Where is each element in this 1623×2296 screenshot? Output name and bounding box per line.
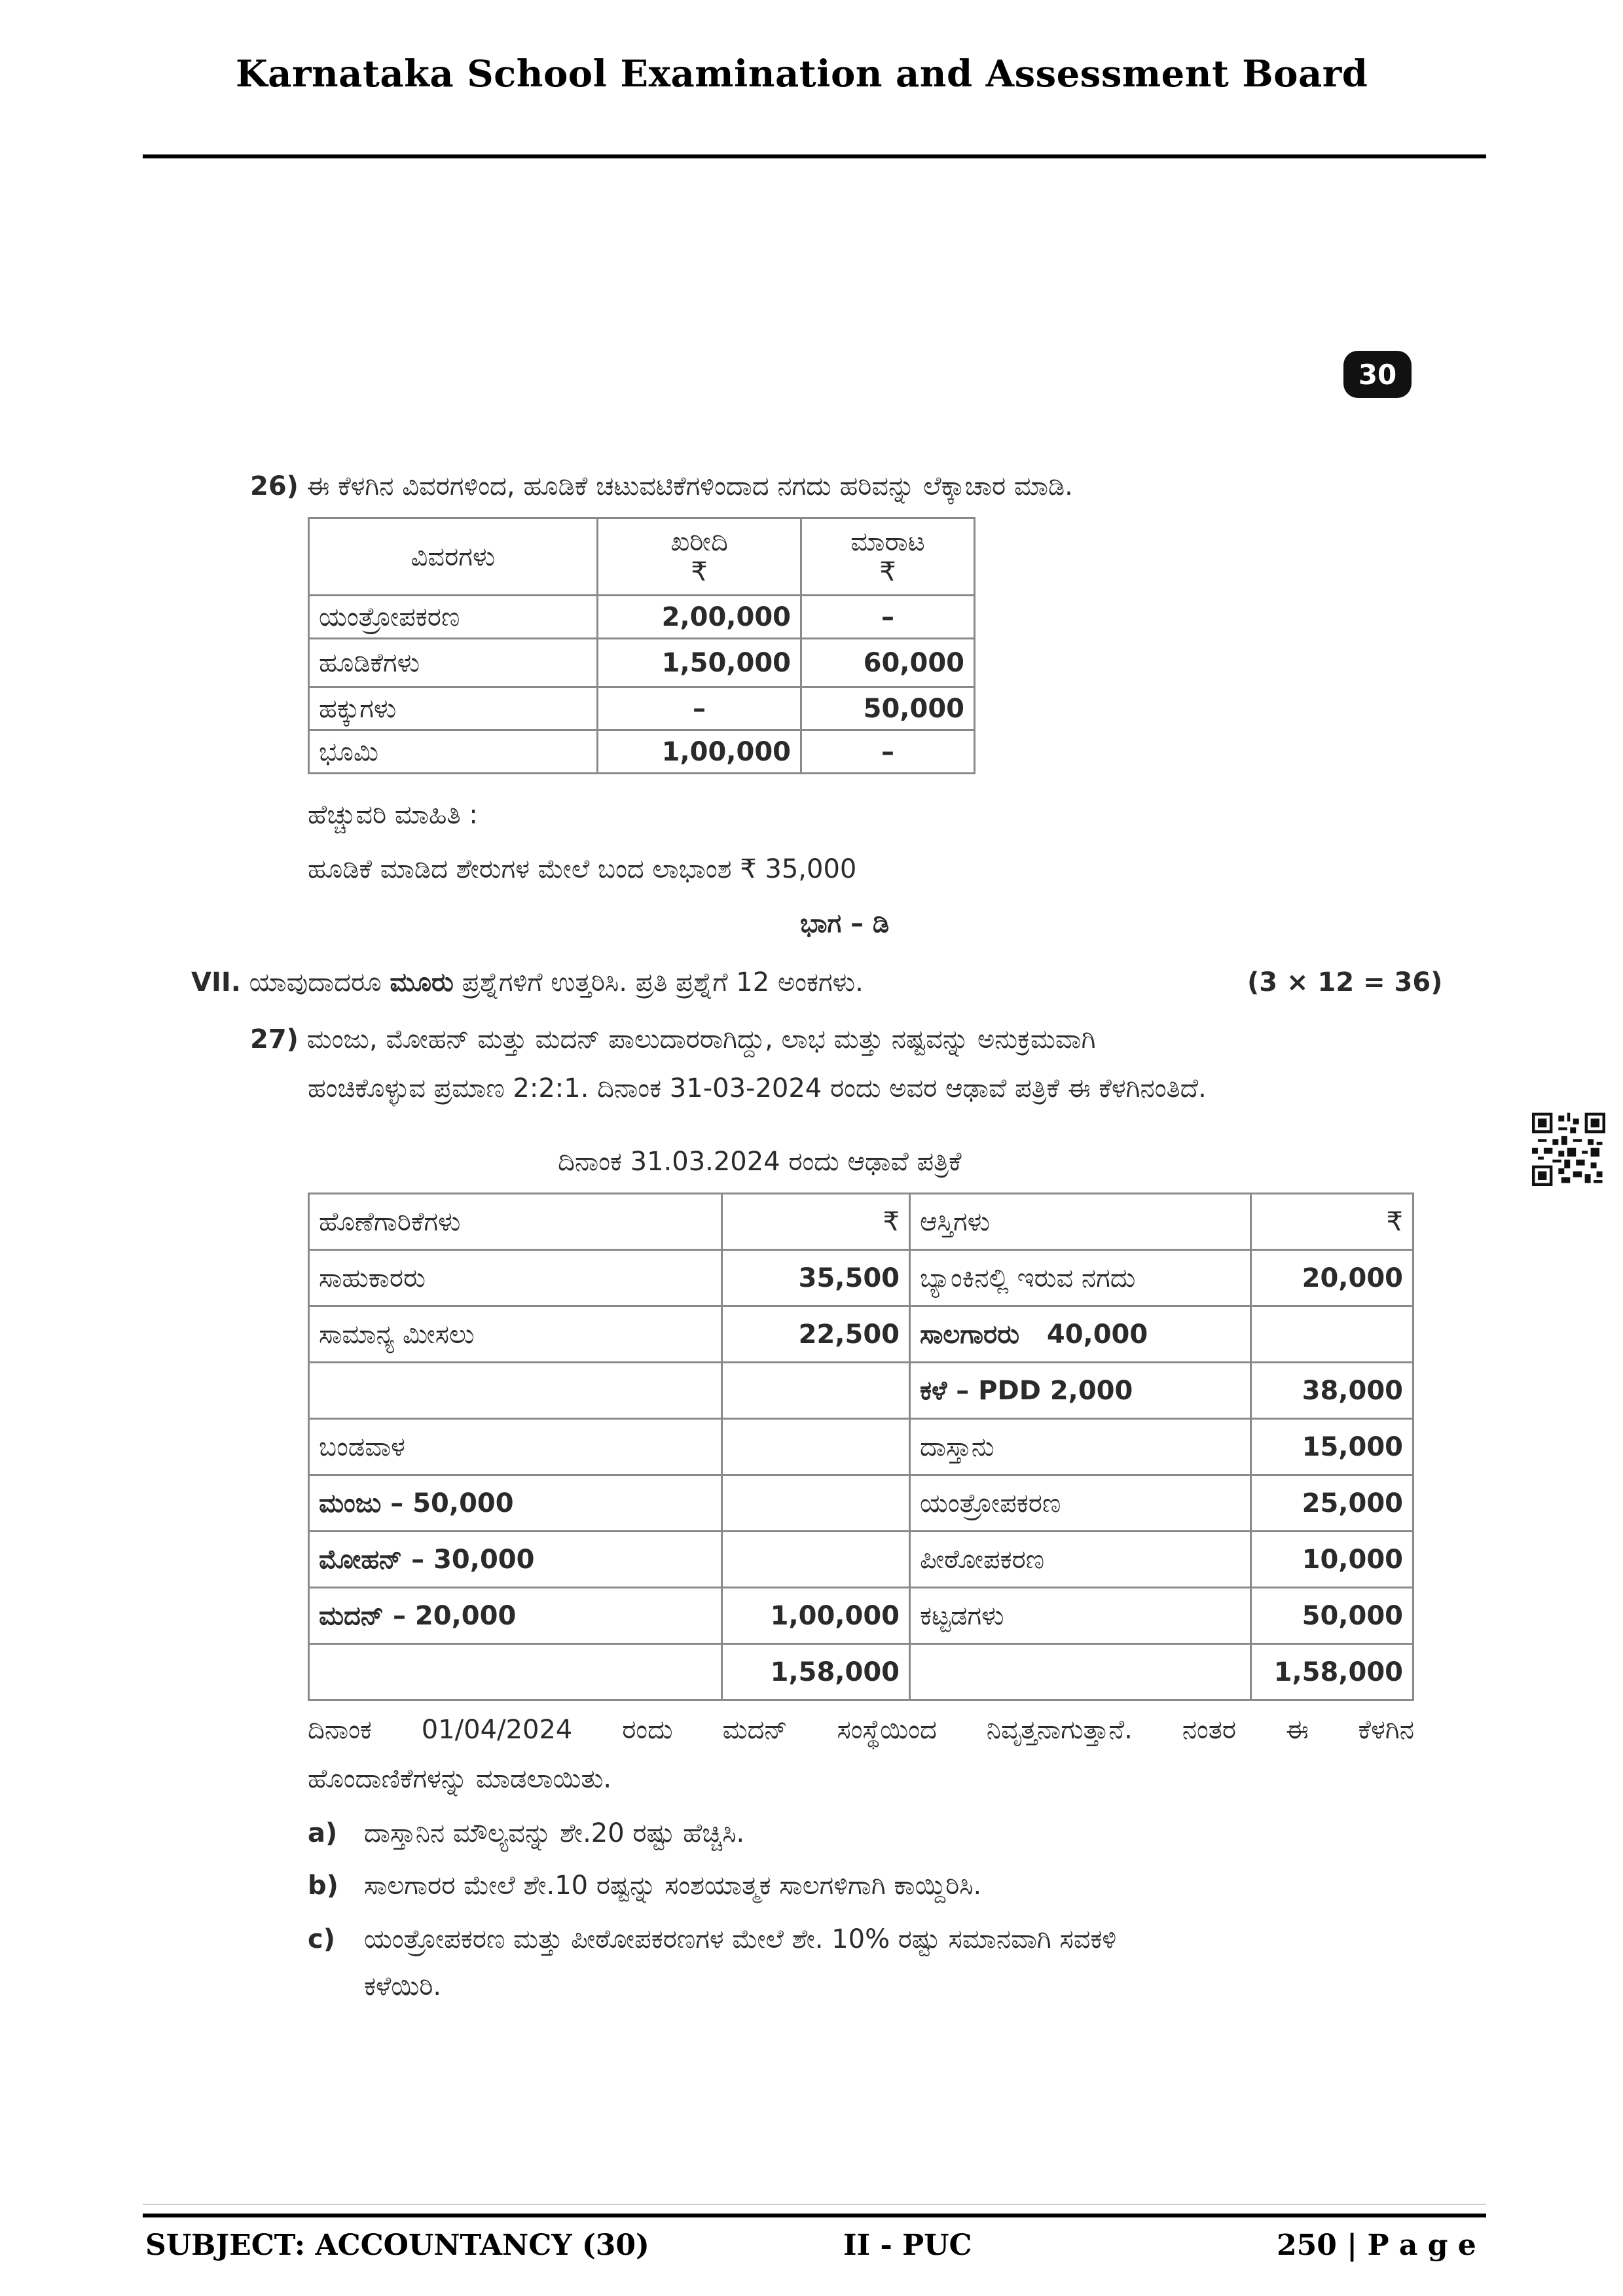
adjustment-b: b)ಸಾಲಗಾರರ ಮೇಲೆ ಶೇ.10 ರಷ್ಟನ್ನು ಸಂಶಯಾತ್ಮಕ … [308, 1871, 981, 1901]
header-rupee: ₹ [722, 1194, 910, 1250]
cell-purchase: 1,50,000 [598, 639, 801, 687]
table-row: ಸಾಮಾನ್ಯ ಮೀಸಲು 22,500 ಸಾಲಗಾರರು 40,000 [309, 1306, 1413, 1363]
total-assets: 1,58,000 [1251, 1644, 1413, 1700]
table-row: ಮಂಜು – 50,000 ಯಂತ್ರೋಪಕರಣ 25,000 [309, 1475, 1413, 1532]
cell-liability-amount: 35,500 [722, 1250, 910, 1306]
cell-asset-amount: 50,000 [1251, 1588, 1413, 1644]
cell-liability-amount: 1,00,000 [722, 1588, 910, 1644]
cell-liability: ಮಂಜು – 50,000 [309, 1475, 722, 1532]
table-row: ಹೂಡಿಕೆಗಳು 1,50,000 60,000 [309, 639, 975, 687]
instruction-text: ಯಾವುದಾದರೂ [249, 967, 390, 997]
cell-sale: – [801, 596, 975, 639]
balance-sheet-table: ಹೊಣೆಗಾರಿಕೆಗಳು ₹ ಆಸ್ತಿಗಳು ₹ ಸಾಹುಕಾರರು 35,… [308, 1193, 1414, 1701]
table-row: ಮೋಹನ್ – 30,000 ಪೀಠೋಪಕರಣ 10,000 [309, 1532, 1413, 1588]
header-purchase-label: ಖರೀದಿ [608, 527, 791, 557]
total-liabilities: 1,58,000 [722, 1644, 910, 1700]
cell-liability: ಮೋಹನ್ – 30,000 [309, 1532, 722, 1588]
cell-liability: ಬಂಡವಾಳ [309, 1419, 722, 1475]
table-total-row: 1,58,000 1,58,000 [309, 1644, 1413, 1700]
cell-item: ಭೂಮಿ [309, 730, 598, 774]
table-row: ಬಂಡವಾಳ ದಾಸ್ತಾನು 15,000 [309, 1419, 1413, 1475]
cell-asset-amount: 38,000 [1251, 1363, 1413, 1419]
adjustment-c-continued: ಕಳೆಯಿರಿ. [364, 1971, 441, 2001]
part-heading: ಭಾಗ – ಡಿ [800, 908, 889, 939]
adjustment-text: ಸಾಲಗಾರರ ಮೇಲೆ ಶೇ.10 ರಷ್ಟನ್ನು ಸಂಶಯಾತ್ಮಕ ಸಾ… [364, 1871, 981, 1901]
qr-code-icon [1532, 1113, 1605, 1186]
footer-divider-thin [143, 2204, 1486, 2205]
table-row: ಸಾಹುಕಾರರು 35,500 ಬ್ಯಾಂಕಿನಲ್ಲಿ ಇರುವ ನಗದು … [309, 1250, 1413, 1306]
question-text: ಮಂಜು, ಮೋಹನ್ ಮತ್ತು ಮದನ್ ಪಾಲುದಾರರಾಗಿದ್ದು, … [307, 1024, 1096, 1054]
cell-asset: ಪೀಠೋಪಕರಣ [910, 1532, 1251, 1588]
question-number: 26) [250, 471, 299, 501]
paper-code-badge: 30 [1343, 351, 1412, 398]
adjustment-label: c) [308, 1924, 364, 1954]
rupee-symbol: ₹ [608, 557, 791, 587]
section-numeral: VII. [191, 967, 241, 997]
adjustment-label: b) [308, 1871, 364, 1901]
retirement-text-line1: ದಿನಾಂಕ 01/04/2024 ರಂದು ಮದನ್ ಸಂಸ್ಥೆಯಿಂದ ನ… [308, 1715, 1414, 1745]
footer-class: II - PUC [843, 2229, 972, 2262]
cell-asset: ಸಾಲಗಾರರು 40,000 [910, 1306, 1251, 1363]
header-purchase: ಖರೀದಿ ₹ [598, 518, 801, 596]
header-liabilities: ಹೊಣೆಗಾರಿಕೆಗಳು [309, 1194, 722, 1250]
cell-item: ಹೂಡಿಕೆಗಳು [309, 639, 598, 687]
cell-liability-amount: 22,500 [722, 1306, 910, 1363]
header-sale-label: ಮಾರಾಟ [811, 527, 964, 557]
table-row: ಕಳೆ – PDD 2,000 38,000 [309, 1363, 1413, 1419]
investment-details-table: ವಿವರಗಳು ಖರೀದಿ ₹ ಮಾರಾಟ ₹ ಯಂತ್ರೋಪಕರಣ 2,00,… [308, 517, 976, 774]
cell-asset-amount: 20,000 [1251, 1250, 1413, 1306]
cell-sale: – [801, 730, 975, 774]
section-instruction: VII. ಯಾವುದಾದರೂ ಮೂರು ಪ್ರಶ್ನೆಗಳಿಗೆ ಉತ್ತರಿಸ… [191, 967, 864, 997]
table-header-row: ವಿವರಗಳು ಖರೀದಿ ₹ ಮಾರಾಟ ₹ [309, 518, 975, 596]
cell-liability: ಸಾಹುಕಾರರು [309, 1250, 722, 1306]
table-header-row: ಹೊಣೆಗಾರಿಕೆಗಳು ₹ ಆಸ್ತಿಗಳು ₹ [309, 1194, 1413, 1250]
header-assets: ಆಸ್ತಿಗಳು [910, 1194, 1251, 1250]
cell-liability-amount [722, 1419, 910, 1475]
footer-divider [143, 2214, 1486, 2217]
cell-purchase: – [598, 687, 801, 730]
additional-info: ಹೂಡಿಕೆ ಮಾಡಿದ ಶೇರುಗಳ ಮೇಲೆ ಬಂದ ಲಾಭಾಂಶ ₹ 35… [308, 854, 856, 884]
adjustment-c: c)ಯಂತ್ರೋಪಕರಣ ಮತ್ತು ಪೀಠೋಪಕರಣಗಳ ಮೇಲೆ ಶೇ. 1… [308, 1924, 1116, 1954]
table-row: ಹಕ್ಕುಗಳು – 50,000 [309, 687, 975, 730]
cell-liability: ಸಾಮಾನ್ಯ ಮೀಸಲು [309, 1306, 722, 1363]
adjustment-text: ದಾಸ್ತಾನಿನ ಮೌಲ್ಯವನ್ನು ಶೇ.20 ರಷ್ಟು ಹೆಚ್ಚಿಸ… [364, 1818, 744, 1848]
header-divider [143, 154, 1486, 158]
question-text: ಈ ಕೆಳಗಿನ ವಿವರಗಳಿಂದ, ಹೂಡಿಕೆ ಚಟುವಟಿಕೆಗಳಿಂದ… [307, 471, 1073, 501]
question-text-line2: ಹಂಚಿಕೊಳ್ಳುವ ಪ್ರಮಾಣ 2:2:1. ದಿನಾಂಕ 31-03-2… [308, 1073, 1207, 1103]
cell-purchase: 1,00,000 [598, 730, 801, 774]
instruction-emphasis: ಮೂರು [390, 967, 453, 997]
additional-info-label: ಹೆಚ್ಚುವರಿ ಮಾಹಿತಿ : [308, 800, 478, 830]
section-marks: (3 × 12 = 36) [1247, 967, 1442, 997]
cell-asset: ಬ್ಯಾಂಕಿನಲ್ಲಿ ಇರುವ ನಗದು [910, 1250, 1251, 1306]
cell-item: ಯಂತ್ರೋಪಕರಣ [309, 596, 598, 639]
cell-asset [910, 1644, 1251, 1700]
footer-subject: SUBJECT: ACCOUNTANCY (30) [145, 2229, 649, 2262]
cell-liability-amount [722, 1363, 910, 1419]
balance-sheet-title: ದಿನಾಂಕ 31.03.2024 ರಂದು ಆಢಾವೆ ಪತ್ರಿಕೆ [558, 1147, 962, 1177]
adjustment-label: a) [308, 1818, 364, 1848]
cell-liability-amount [722, 1475, 910, 1532]
footer-page-number: 250 | P a g e [1277, 2229, 1476, 2262]
adjustment-a: a)ದಾಸ್ತಾನಿನ ಮೌಲ್ಯವನ್ನು ಶೇ.20 ರಷ್ಟು ಹೆಚ್ಚ… [308, 1818, 744, 1848]
cell-liability-amount [722, 1532, 910, 1588]
header-rupee: ₹ [1251, 1194, 1413, 1250]
rupee-symbol: ₹ [811, 557, 964, 587]
cell-asset: ದಾಸ್ತಾನು [910, 1419, 1251, 1475]
cell-liability: ಮದನ್ – 20,000 [309, 1588, 722, 1644]
cell-asset: ಕಳೆ – PDD 2,000 [910, 1363, 1251, 1419]
table-row: ಭೂಮಿ 1,00,000 – [309, 730, 975, 774]
instruction-text: ಪ್ರಶ್ನೆಗಳಿಗೆ ಉತ್ತರಿಸಿ. ಪ್ರತಿ ಪ್ರಶ್ನೆಗೆ 1… [454, 967, 864, 997]
cell-asset-amount [1251, 1306, 1413, 1363]
board-title: Karnataka School Examination and Assessm… [236, 52, 1368, 96]
header-sale: ಮಾರಾಟ ₹ [801, 518, 975, 596]
cell-asset-amount: 10,000 [1251, 1532, 1413, 1588]
cell-asset-amount: 25,000 [1251, 1475, 1413, 1532]
adjustment-text: ಯಂತ್ರೋಪಕರಣ ಮತ್ತು ಪೀಠೋಪಕರಣಗಳ ಮೇಲೆ ಶೇ. 10%… [364, 1924, 1116, 1954]
cell-asset-amount: 15,000 [1251, 1419, 1413, 1475]
table-row: ಯಂತ್ರೋಪಕರಣ 2,00,000 – [309, 596, 975, 639]
cell-purchase: 2,00,000 [598, 596, 801, 639]
cell-sale: 50,000 [801, 687, 975, 730]
cell-liability [309, 1644, 722, 1700]
header-particulars: ವಿವರಗಳು [309, 518, 598, 596]
table-row: ಮದನ್ – 20,000 1,00,000 ಕಟ್ಟಡಗಳು 50,000 [309, 1588, 1413, 1644]
cell-liability [309, 1363, 722, 1419]
question-26: 26) ಈ ಕೆಳಗಿನ ವಿವರಗಳಿಂದ, ಹೂಡಿಕೆ ಚಟುವಟಿಕೆಗ… [250, 471, 1073, 501]
cell-item: ಹಕ್ಕುಗಳು [309, 687, 598, 730]
cell-asset: ಯಂತ್ರೋಪಕರಣ [910, 1475, 1251, 1532]
cell-asset: ಕಟ್ಟಡಗಳು [910, 1588, 1251, 1644]
cell-sale: 60,000 [801, 639, 975, 687]
question-27: 27) ಮಂಜು, ಮೋಹನ್ ಮತ್ತು ಮದನ್ ಪಾಲುದಾರರಾಗಿದ್… [250, 1024, 1096, 1054]
question-number: 27) [250, 1024, 299, 1054]
retirement-text-line2: ಹೊಂದಾಣಿಕೆಗಳನ್ನು ಮಾಡಲಾಯಿತು. [308, 1764, 611, 1794]
